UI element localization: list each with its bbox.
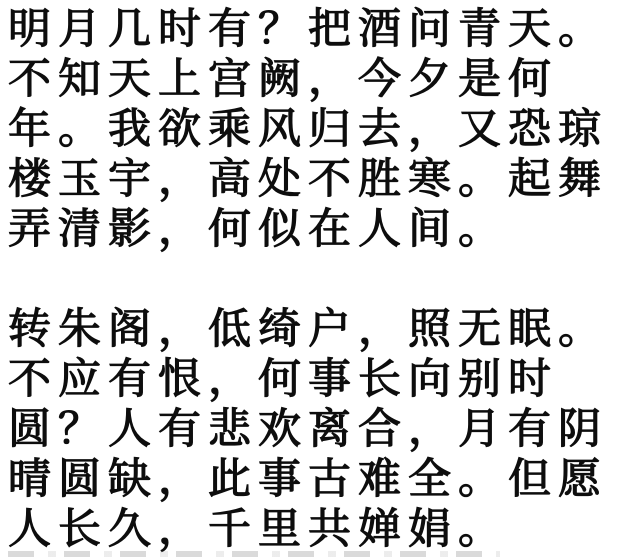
- poem-line: 圆？人有悲欢离合，月有阴: [8, 405, 640, 454]
- poem-line: 明月几时有？把酒问青天。: [8, 5, 640, 54]
- poem-line: 人长久，千里共婵娟。: [8, 505, 640, 554]
- poem-line: 转朱阁，低绮户，照无眠。: [8, 305, 640, 354]
- poem-line: 晴圆缺，此事古难全。但愿: [8, 455, 640, 504]
- cropped-next-line-fragment: [8, 551, 500, 557]
- poem-text-block: 明月几时有？把酒问青天。 不知天上宫阙，今夕是何 年。我欲乘风归去，又恐琼 楼玉…: [0, 0, 640, 555]
- poem-stanza-2: 转朱阁，低绮户，照无眠。 不应有恨，何事长向别时 圆？人有悲欢离合，月有阴 晴圆…: [8, 305, 640, 555]
- poem-line: 弄清影，何似在人间。: [8, 205, 640, 254]
- poem-line: 楼玉宇，高处不胜寒。起舞: [8, 155, 640, 204]
- poem-line: 不知天上宫阙，今夕是何: [8, 55, 640, 104]
- poem-line: 不应有恨，何事长向别时: [8, 355, 640, 404]
- poem-line: 年。我欲乘风归去，又恐琼: [8, 105, 640, 154]
- poem-stanza-1: 明月几时有？把酒问青天。 不知天上宫阙，今夕是何 年。我欲乘风归去，又恐琼 楼玉…: [8, 5, 640, 255]
